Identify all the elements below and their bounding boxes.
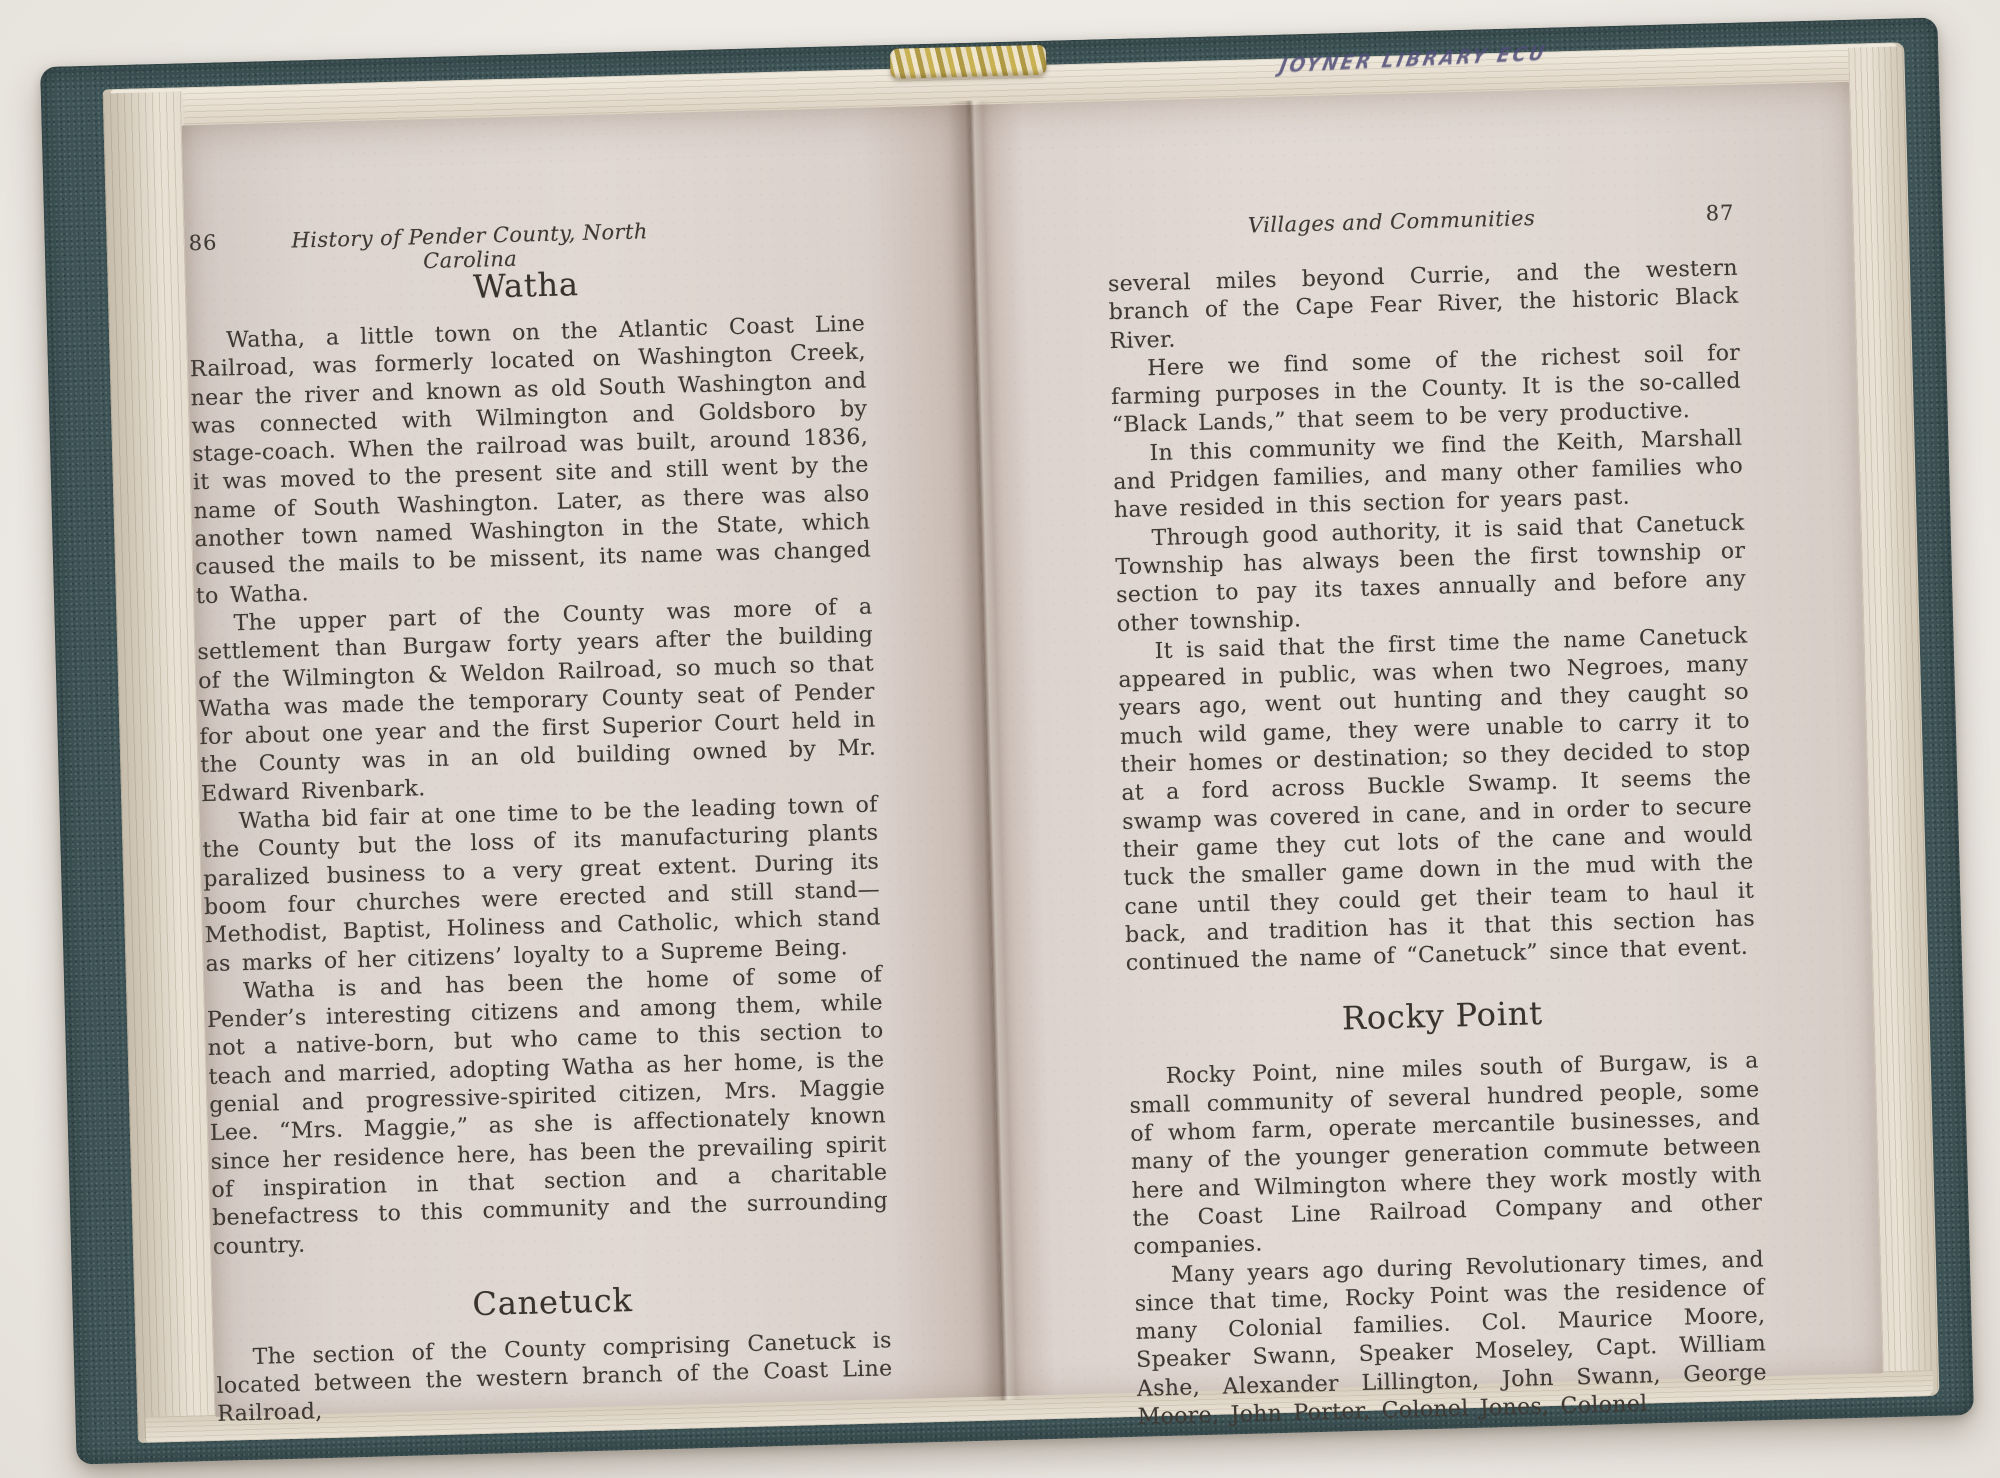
- headband: [890, 45, 1047, 79]
- page-left-text: 86 History of Pender County, North Carol…: [186, 214, 893, 1430]
- page-right-text: Villages and Communities 87 several mile…: [1106, 201, 1768, 1432]
- paragraph: It is said that the first time the name …: [1117, 622, 1756, 978]
- section-heading-rocky-point: Rocky Point: [1127, 989, 1758, 1043]
- paragraph: several miles beyond Currie, and the wes…: [1108, 255, 1740, 356]
- page-number-left: 86: [188, 231, 217, 256]
- paragraph: Through good authority, it is said that …: [1114, 509, 1747, 639]
- paragraph: Here we find some of the richest soil fo…: [1110, 340, 1742, 441]
- page-number-right: 87: [1705, 201, 1734, 226]
- paragraph: Watha is and has been the home of some o…: [206, 961, 889, 1262]
- paragraph: In this community we find the Keith, Mar…: [1112, 424, 1744, 525]
- paragraph: Watha bid fair at one time to be the lea…: [202, 791, 882, 978]
- paragraph: The section of the County comprising Can…: [216, 1327, 894, 1430]
- paragraph: Rocky Point, nine miles south of Burgaw,…: [1129, 1048, 1764, 1263]
- paragraph: The upper part of the County was more of…: [196, 593, 877, 809]
- book-photograph: { "book": { "top_edge_stamp": "JOYNER LI…: [0, 0, 2000, 1478]
- paragraph: Many years ago during Revolutionary time…: [1134, 1246, 1768, 1432]
- open-book: JOYNER LIBRARY ECU 86 History of Pender …: [40, 17, 1974, 1464]
- section-heading-canetuck: Canetuck: [214, 1274, 891, 1330]
- paragraph: Watha, a little town on the Atlantic Coa…: [189, 311, 872, 612]
